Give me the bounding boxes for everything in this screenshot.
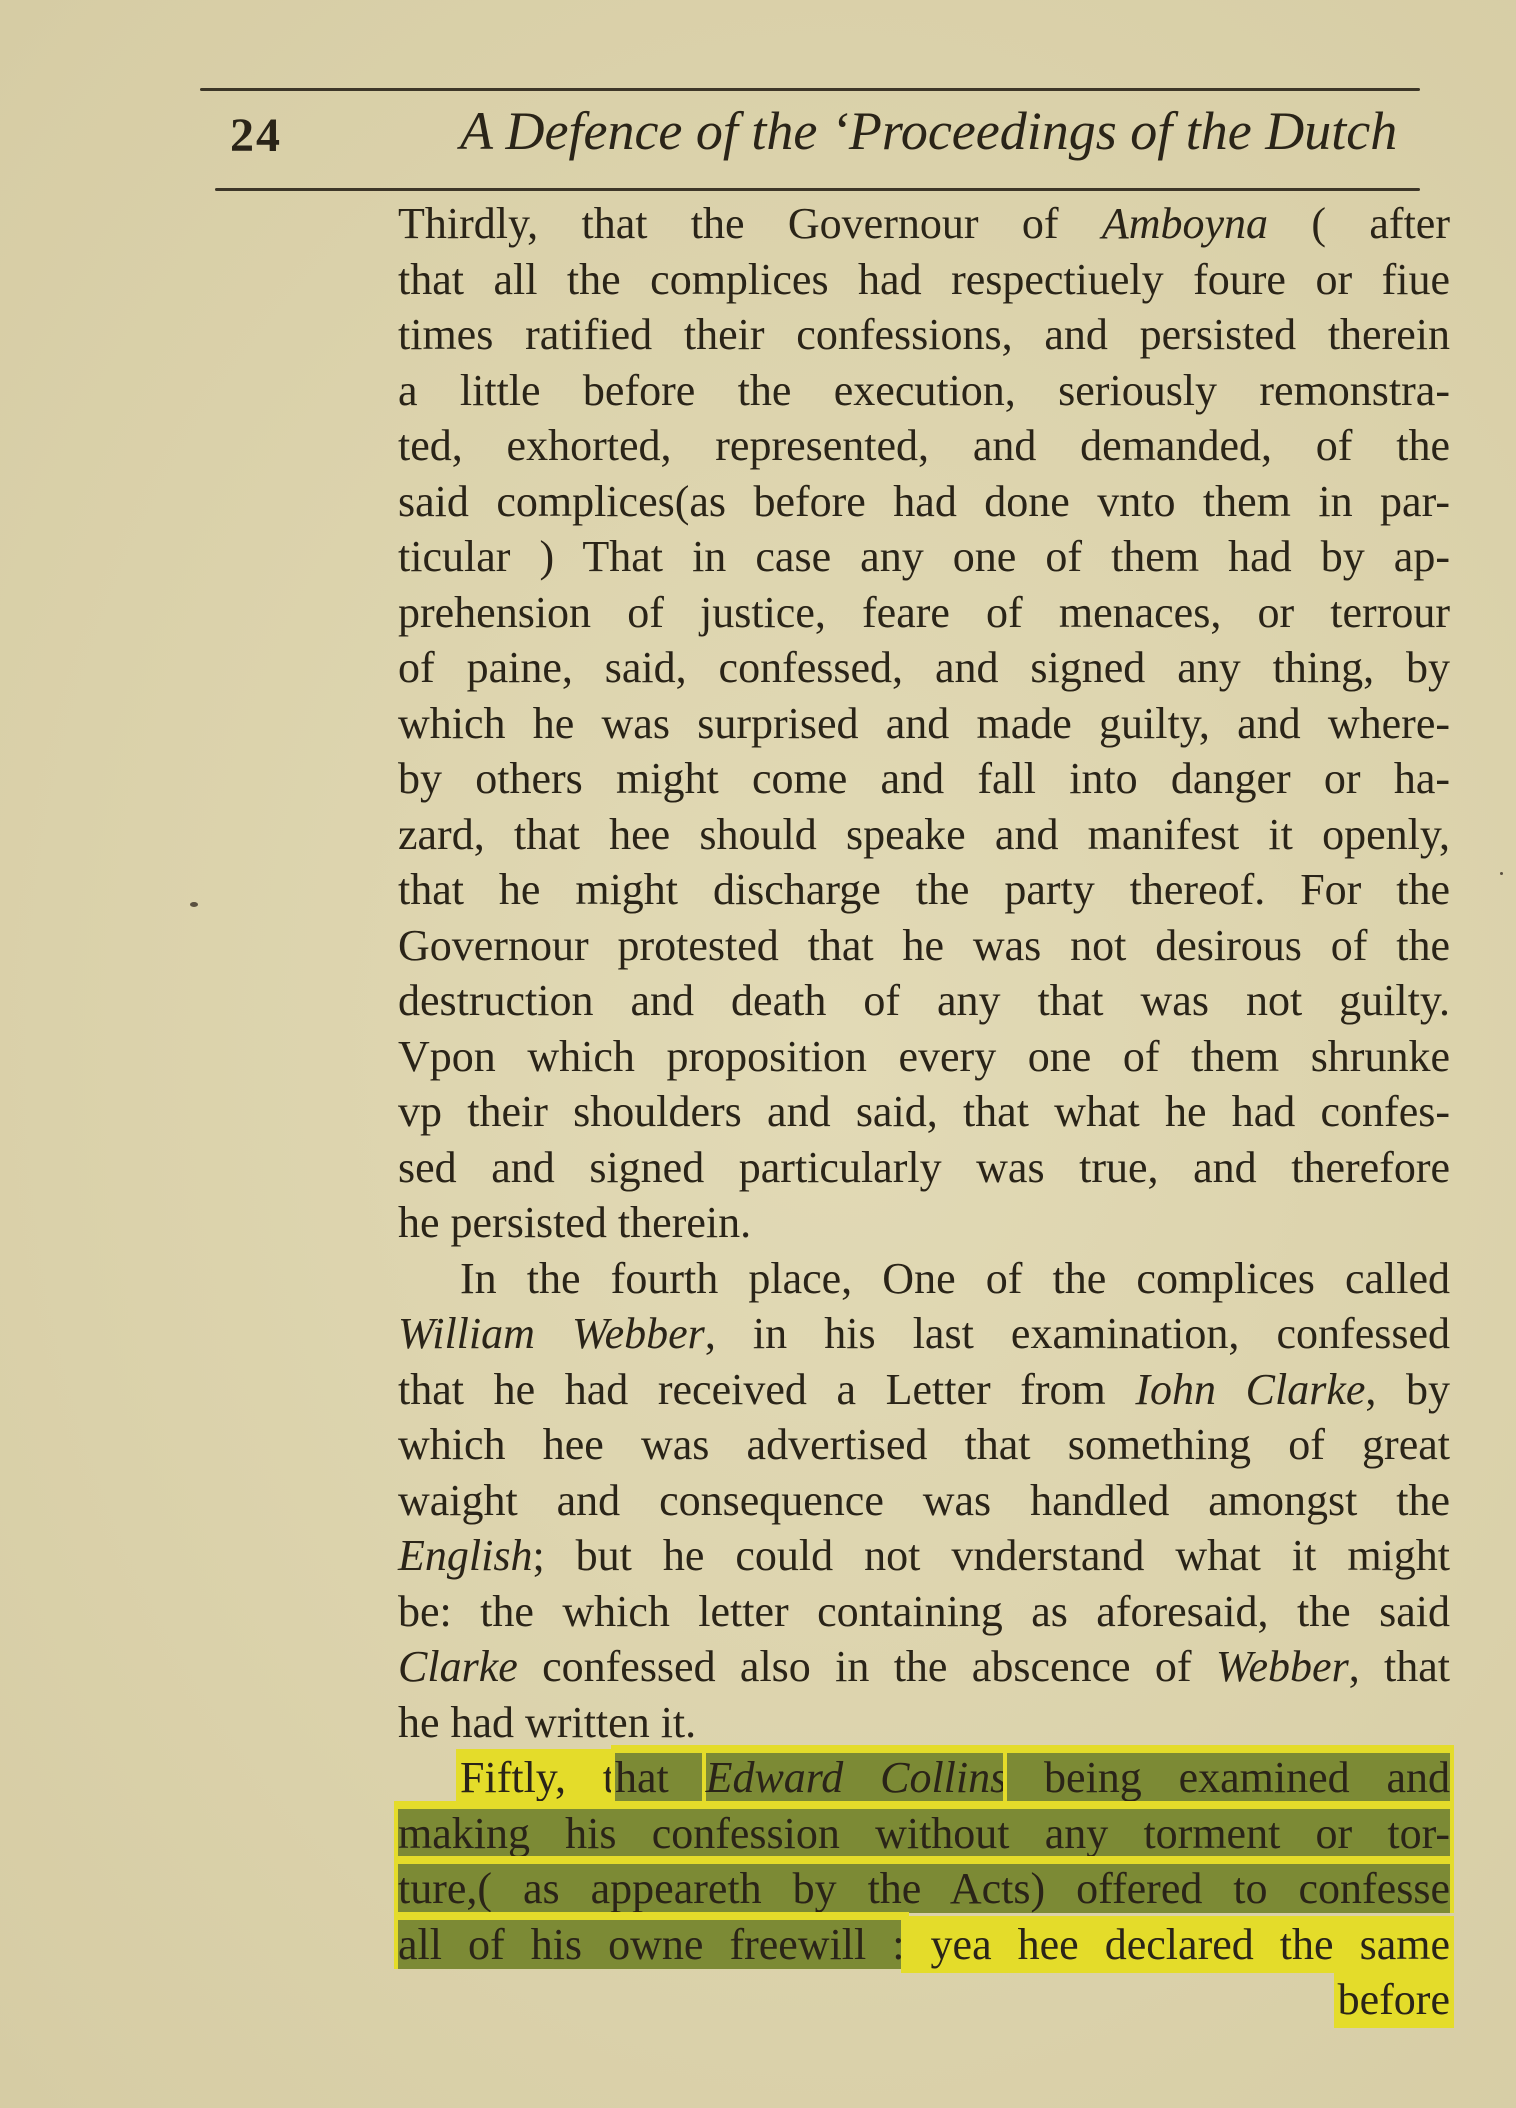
text-line: Thirdly, that the Governour of Amboyna (… — [398, 196, 1450, 252]
text-run: ( after — [1268, 199, 1450, 248]
text-line: which he was surprised and made guilty, … — [398, 696, 1450, 752]
text-run: sed and signed particularly was true, an… — [398, 1143, 1450, 1192]
text-run: ticular ) That in case any one of them h… — [398, 532, 1450, 581]
text-run: that all the complices had respectiuely … — [398, 255, 1450, 304]
text-run: ted, exhorted, represented, and demanded… — [398, 421, 1450, 470]
text-line: he persisted therein. — [398, 1195, 1450, 1251]
text-run: prehension of justice, feare of menaces,… — [398, 588, 1450, 637]
text-run: , by — [1365, 1365, 1450, 1414]
text-run: waight and consequence was handled among… — [398, 1476, 1450, 1525]
text-run: Thirdly, that the Governour of — [398, 199, 1102, 248]
ink-speck — [190, 902, 198, 907]
italic-name: Iohn Clarke — [1135, 1365, 1365, 1414]
text-line: William Webber, in his last examination,… — [398, 1306, 1450, 1362]
text-line: be: the which letter containing as afore… — [398, 1584, 1450, 1640]
text-line: sed and signed particularly was true, an… — [398, 1140, 1450, 1196]
text-run: ; but he could not vnderstand what it mi… — [532, 1531, 1450, 1580]
italic-name: Edward Collins — [706, 1753, 1008, 1802]
text-run: all of his owne freewill : — [398, 1920, 905, 1969]
text-run: Fiftly, t — [460, 1753, 615, 1802]
text-line: ture,( as appeareth by the Acts) offered… — [398, 1861, 1450, 1917]
body-text: Thirdly, that the Governour of Amboyna (… — [398, 196, 1450, 2028]
text-line: times ratified their confessions, and pe… — [398, 307, 1450, 363]
text-line: zard, that hee should speake and manifes… — [398, 807, 1450, 863]
text-line: Fiftly, that Edward Collins being examin… — [398, 1750, 1450, 1806]
paragraph-fourthly: In the fourth place, One of the complice… — [398, 1251, 1450, 1751]
text-run: vp their shoulders and said, that what h… — [398, 1087, 1450, 1136]
text-run: that he might discharge the party thereo… — [398, 865, 1450, 914]
text-run: hat — [615, 1753, 706, 1802]
text-run: Vpon which proposition every one of them… — [398, 1032, 1450, 1081]
italic-name: Amboyna — [1102, 199, 1268, 248]
header-rule-top — [200, 88, 1420, 91]
text-line: of paine, said, confessed, and signed an… — [398, 640, 1450, 696]
text-run: making his confession without any tormen… — [398, 1809, 1450, 1858]
text-run: yea hee declared the same — [905, 1920, 1450, 1969]
text-run: , that — [1349, 1642, 1450, 1691]
text-line: a little before the execution, seriously… — [398, 363, 1450, 419]
running-title: A Defence of the ‘Proceedings of the Dut… — [460, 100, 1397, 162]
text-run: be: the which letter containing as afore… — [398, 1587, 1450, 1636]
text-run: , in his last examination, confessed — [705, 1309, 1450, 1358]
text-run: said complices(as before had done vnto t… — [398, 477, 1450, 526]
page-number: 24 — [230, 108, 282, 163]
text-line: Governour protested that he was not desi… — [398, 918, 1450, 974]
text-line: said complices(as before had done vnto t… — [398, 474, 1450, 530]
text-run: by others might come and fall into dange… — [398, 754, 1450, 803]
text-run: confessed also in the abscence of — [518, 1642, 1216, 1691]
text-run: before — [1338, 1975, 1450, 2024]
text-line: by others might come and fall into dange… — [398, 751, 1450, 807]
text-run: he persisted therein. — [398, 1198, 751, 1247]
text-line: destruction and death of any that was no… — [398, 973, 1450, 1029]
running-head: 24 A Defence of the ‘Proceedings of the … — [230, 98, 1410, 178]
text-line: he had written it. — [398, 1695, 1450, 1751]
text-line: that he had received a Letter from Iohn … — [398, 1362, 1450, 1418]
text-run: which hee was advertised that something … — [398, 1420, 1450, 1469]
ink-speck — [1500, 872, 1503, 875]
text-line: Vpon which proposition every one of them… — [398, 1029, 1450, 1085]
text-run: Fiftly, that — [460, 1753, 706, 1802]
text-run: times ratified their confessions, and pe… — [398, 310, 1450, 359]
italic-name: William Webber — [398, 1309, 705, 1358]
text-run: Governour protested that he was not desi… — [398, 921, 1450, 970]
text-run: In the fourth place, One of the complice… — [460, 1254, 1450, 1303]
text-run: that he had received a Letter from — [398, 1365, 1135, 1414]
italic-name: Clarke — [398, 1642, 518, 1691]
text-run: destruction and death of any that was no… — [398, 976, 1450, 1025]
paragraph-fiftly: Fiftly, that Edward Collins being examin… — [398, 1750, 1450, 2028]
scanned-book-page: 24 A Defence of the ‘Proceedings of the … — [0, 0, 1516, 2108]
text-line: before — [398, 1972, 1450, 2028]
text-line: prehension of justice, feare of menaces,… — [398, 585, 1450, 641]
text-run: a little before the execution, seriously… — [398, 366, 1450, 415]
text-line: In the fourth place, One of the complice… — [398, 1251, 1450, 1307]
text-line: ted, exhorted, represented, and demanded… — [398, 418, 1450, 474]
text-run: being examined and — [1007, 1753, 1450, 1802]
text-line: which hee was advertised that something … — [398, 1417, 1450, 1473]
paragraph-thirdly: Thirdly, that the Governour of Amboyna (… — [398, 196, 1450, 1251]
text-run: of paine, said, confessed, and signed an… — [398, 643, 1450, 692]
text-line: waight and consequence was handled among… — [398, 1473, 1450, 1529]
text-line: Clarke confessed also in the abscence of… — [398, 1639, 1450, 1695]
text-run: ture,( as appeareth by the Acts) offered… — [398, 1864, 1450, 1913]
text-line: that he might discharge the party thereo… — [398, 862, 1450, 918]
text-line: English; but he could not vnderstand wha… — [398, 1528, 1450, 1584]
text-run: which he was surprised and made guilty, … — [398, 699, 1450, 748]
text-run: zard, that hee should speake and manifes… — [398, 810, 1450, 859]
italic-name: Webber — [1216, 1642, 1349, 1691]
text-line: all of his owne freewill : yea hee decla… — [398, 1917, 1450, 1973]
text-line: that all the complices had respectiuely … — [398, 252, 1450, 308]
italic-name: English — [398, 1531, 532, 1580]
text-line: making his confession without any tormen… — [398, 1806, 1450, 1862]
text-run: he had written it. — [398, 1698, 696, 1747]
text-line: vp their shoulders and said, that what h… — [398, 1084, 1450, 1140]
text-line: ticular ) That in case any one of them h… — [398, 529, 1450, 585]
header-rule-bottom — [215, 188, 1420, 191]
